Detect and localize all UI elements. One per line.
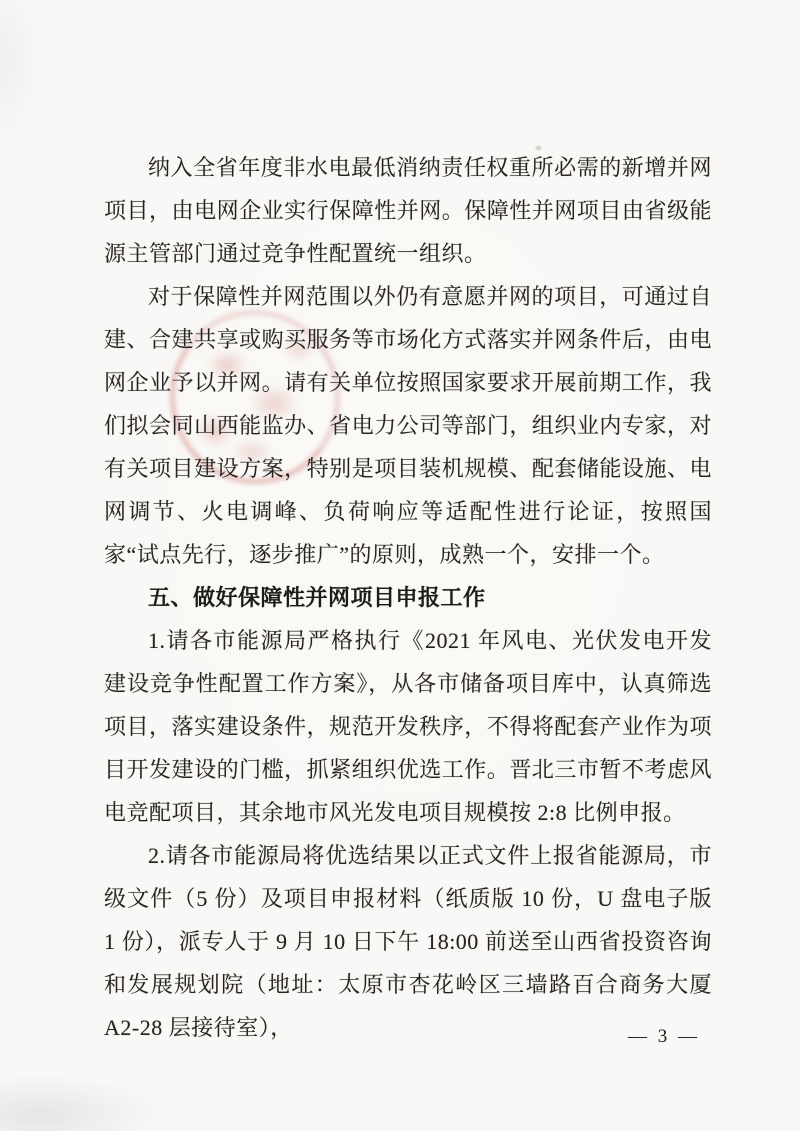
body-paragraph: 对于保障性并网范围以外仍有意愿并网的项目，可通过自建、合建共享或购买服务等市场化…: [104, 275, 712, 576]
document-body: 纳入全省年度非水电最低消纳责任权重所必需的新增并网项目，由电网企业实行保障性并网…: [104, 146, 712, 1049]
section-heading: 五、做好保障性并网项目申报工作: [104, 576, 712, 619]
page-number: — 3 —: [628, 1026, 700, 1048]
body-paragraph: 纳入全省年度非水电最低消纳责任权重所必需的新增并网项目，由电网企业实行保障性并网…: [104, 146, 712, 275]
body-paragraph: 2.请各市能源局将优选结果以正式文件上报省能源局，市级文件（5 份）及项目申报材…: [104, 834, 712, 1049]
scanned-document-page: 纳入全省年度非水电最低消纳责任权重所必需的新增并网项目，由电网企业实行保障性并网…: [0, 0, 800, 1131]
body-paragraph: 1.请各市能源局严格执行《2021 年风电、光伏发电开发建设竞争性配置工作方案》…: [104, 619, 712, 834]
